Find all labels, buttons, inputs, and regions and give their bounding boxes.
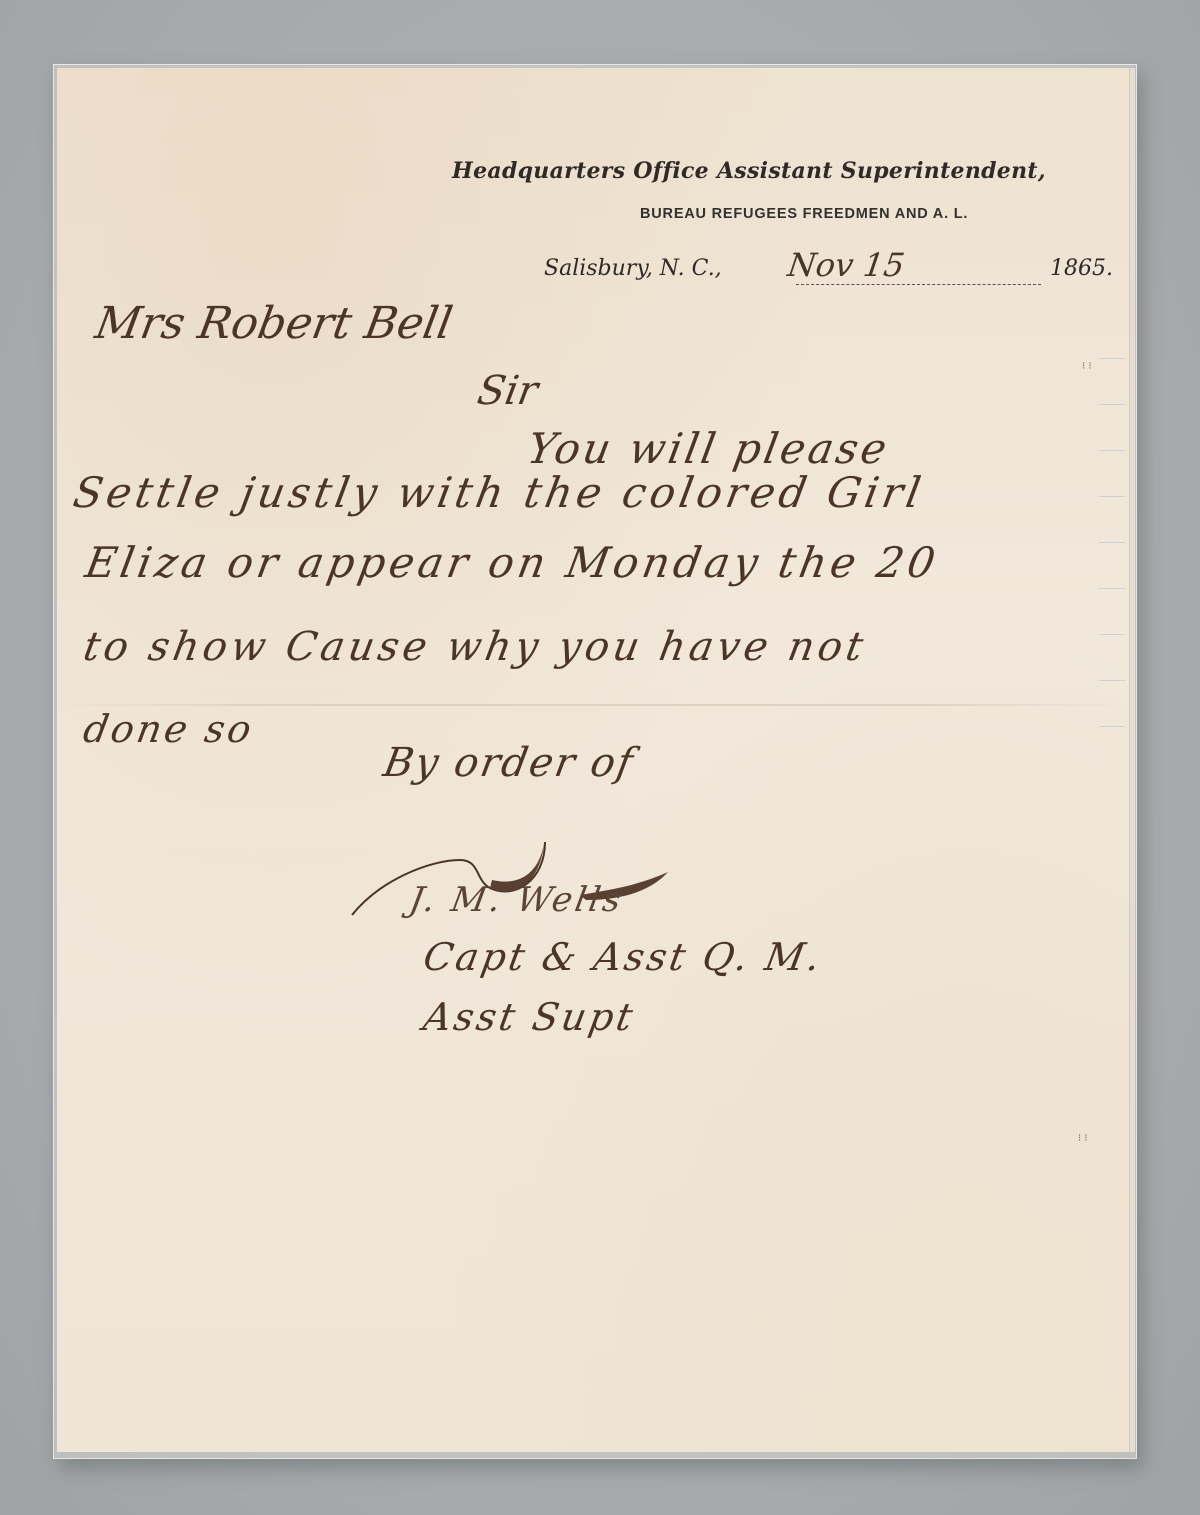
date-rule xyxy=(796,284,1041,285)
handwritten-date: Nov 15 xyxy=(785,246,907,284)
ink-specks: ⁝ ⁝ xyxy=(1082,362,1092,372)
ruled-line xyxy=(1099,450,1125,451)
ruled-line xyxy=(1099,588,1125,589)
signature-name: J. M. Wells xyxy=(406,880,627,920)
body-line: Eliza or appear on Monday the 20 xyxy=(82,538,943,587)
greeting: Sir xyxy=(474,368,541,414)
fold-crease xyxy=(57,704,1131,706)
body-line: You will please xyxy=(524,424,894,473)
ink-specks: ⁝ ⁝ xyxy=(1078,1134,1088,1144)
ruled-line xyxy=(1099,680,1125,681)
dateline-year: 1865. xyxy=(1050,256,1113,281)
ruled-line xyxy=(1099,496,1125,497)
body-line: Settle justly with the colored Girl xyxy=(70,468,929,517)
signature-rank: Capt & Asst Q. M. xyxy=(420,935,826,979)
ruled-line xyxy=(1099,634,1125,635)
letterhead-subtitle: BUREAU REFUGEES FREEDMEN AND A. L. xyxy=(640,206,968,222)
body-line: done so xyxy=(80,707,257,751)
ruled-line xyxy=(1099,726,1125,727)
body-line: to show Cause why you have not xyxy=(80,624,870,670)
ruled-line xyxy=(1099,404,1125,405)
signature-title: Asst Supt xyxy=(420,995,639,1039)
ruled-line xyxy=(1099,542,1125,543)
letterhead-title: Headquarters Office Assistant Superinten… xyxy=(452,158,992,184)
ruled-line xyxy=(1099,358,1125,359)
dateline-place: Salisbury, N. C., xyxy=(544,256,722,281)
closing: By order of xyxy=(380,740,638,786)
dateline: Salisbury, N. C., Nov 15 1865. xyxy=(540,248,1130,292)
salutation: Mrs Robert Bell xyxy=(92,298,457,349)
